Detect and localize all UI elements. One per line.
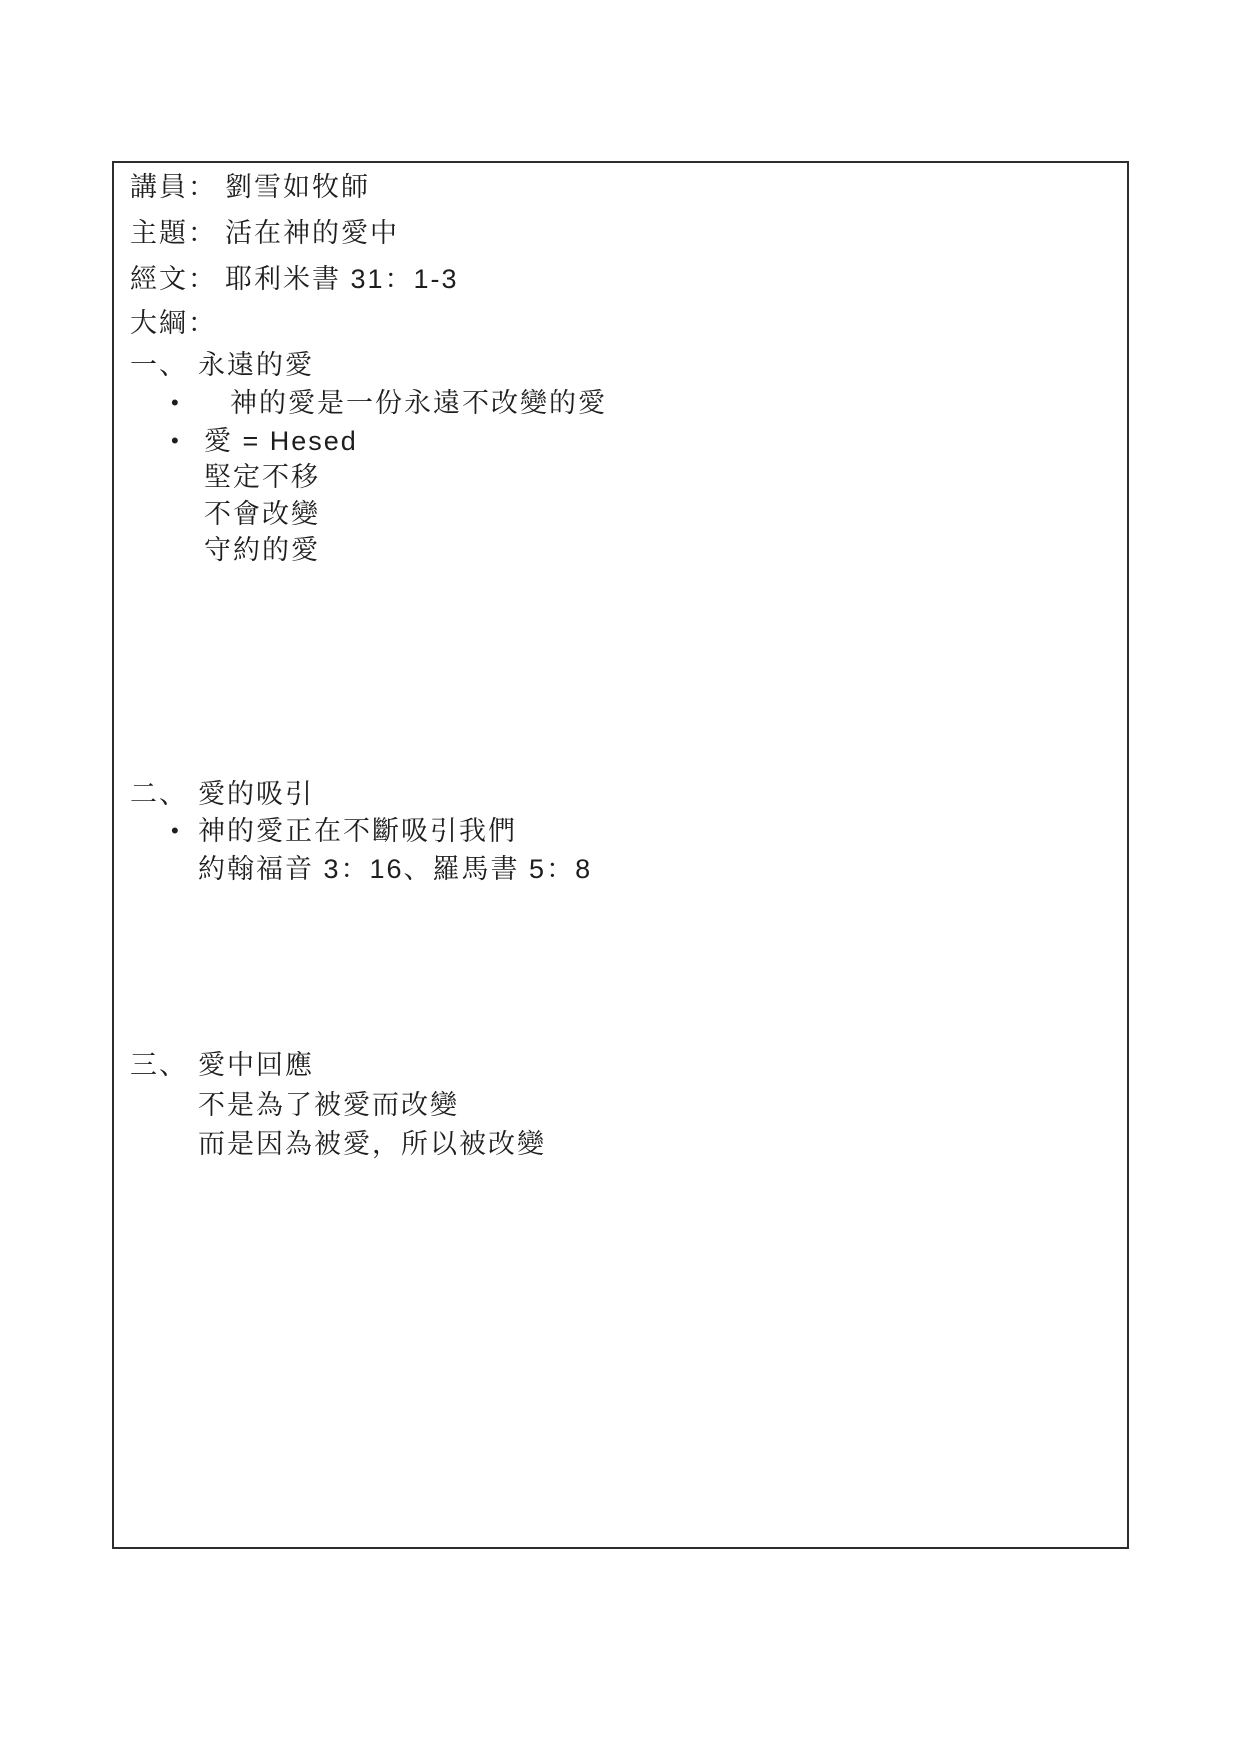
section-1-bullet-2-text: 愛 = Hesed [204, 423, 358, 459]
section-2-line-1: 約翰福音 3：16、羅馬書 5：8 [198, 851, 1211, 887]
bullet-icon: • [171, 385, 179, 421]
topic-line: 主題：活在神的愛中 [130, 215, 1143, 251]
section-3-line-2-text: 而是因為被愛，所以被改變 [198, 1129, 546, 1159]
outline-label: 大綱： [130, 305, 217, 341]
section-3-number: 三、 [130, 1047, 198, 1083]
section-3-title-line: 三、愛中回應 [130, 1047, 1143, 1083]
section-1-title-line: 一、永遠的愛 [130, 347, 1143, 383]
section-3-line-1-text: 不是為了被愛而改變 [198, 1090, 459, 1120]
topic-value: 活在神的愛中 [225, 215, 399, 251]
speaker-label: 講員： [130, 169, 217, 205]
section-1-line-3-text: 守約的愛 [204, 535, 320, 565]
section-2-bullet-1: • 神的愛正在不斷吸引我們 [114, 813, 1127, 849]
section-2-title: 愛的吸引 [198, 779, 314, 809]
speaker-line: 講員：劉雪如牧師 [130, 169, 1143, 205]
section-1-line-1: 堅定不移 [204, 459, 1217, 495]
section-1-line-2: 不會改變 [204, 496, 1217, 532]
section-3-line-2: 而是因為被愛，所以被改變 [198, 1126, 1211, 1162]
section-1-line-2-text: 不會改變 [204, 499, 320, 529]
section-1-bullet-1: • 神的愛是一份永遠不改變的愛 [114, 385, 1127, 421]
section-2-bullet-1-text: 神的愛正在不斷吸引我們 [198, 813, 517, 849]
section-3-title: 愛中回應 [198, 1050, 314, 1080]
section-3-line-1: 不是為了被愛而改變 [198, 1087, 1211, 1123]
topic-label: 主題： [130, 215, 217, 251]
bullet-icon: • [171, 813, 179, 849]
section-2-title-line: 二、愛的吸引 [130, 776, 1143, 812]
section-1-number: 一、 [130, 347, 198, 383]
section-2-number: 二、 [130, 776, 198, 812]
content-frame: 講員：劉雪如牧師 主題：活在神的愛中 經文：耶利米書 31：1-3 大綱： 一、… [112, 161, 1129, 1549]
section-1-line-1-text: 堅定不移 [204, 462, 320, 492]
section-1-bullet-2: • 愛 = Hesed [114, 423, 1127, 459]
section-1-bullet-1-text: 神的愛是一份永遠不改變的愛 [230, 385, 607, 421]
scripture-line: 經文：耶利米書 31：1-3 [130, 261, 1143, 297]
section-1-title: 永遠的愛 [198, 350, 314, 380]
section-2-line-1-text: 約翰福音 3：16、羅馬書 5：8 [198, 854, 592, 884]
document-page: 講員：劉雪如牧師 主題：活在神的愛中 經文：耶利米書 31：1-3 大綱： 一、… [0, 0, 1241, 1755]
scripture-label: 經文： [130, 261, 217, 297]
section-1-line-3: 守約的愛 [204, 532, 1217, 568]
speaker-value: 劉雪如牧師 [225, 169, 370, 205]
outline-heading: 大綱： [130, 305, 1143, 341]
bullet-icon: • [171, 423, 179, 459]
scripture-value: 耶利米書 31：1-3 [225, 261, 459, 297]
